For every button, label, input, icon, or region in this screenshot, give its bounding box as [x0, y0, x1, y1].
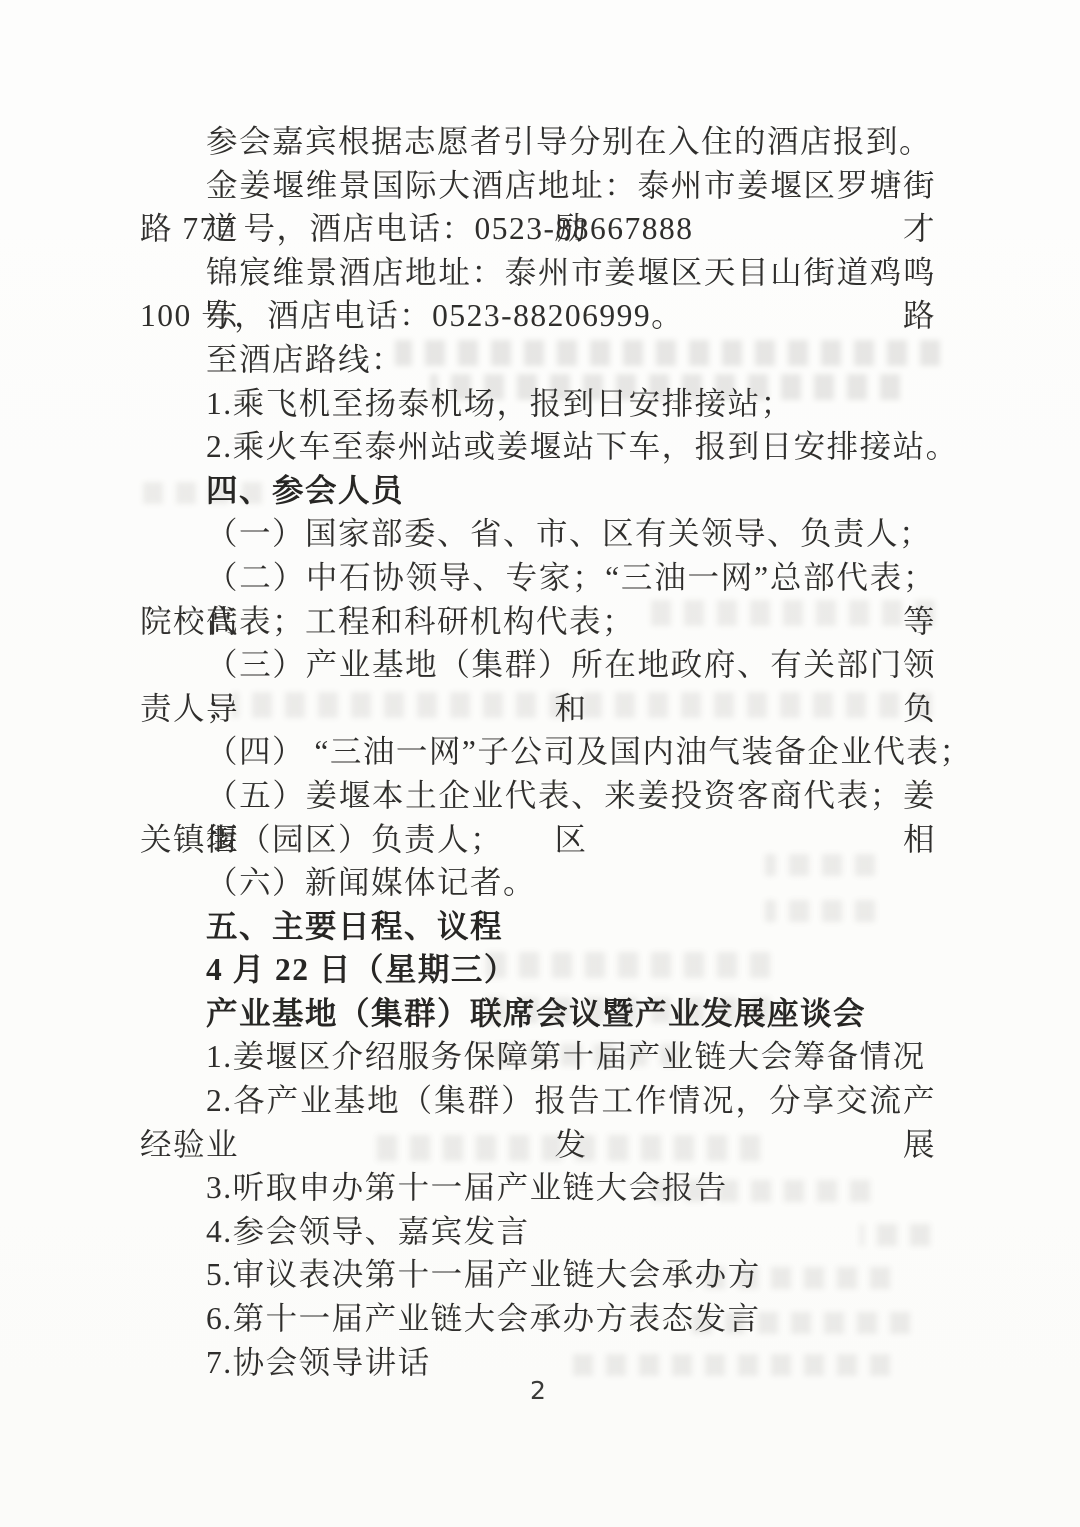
- page-number: 2: [140, 1376, 936, 1405]
- text-line: 五、主要日程、议程: [140, 905, 936, 949]
- text-line: 锦宸维景酒店地址：泰州市姜堰区天目山街道鸡鸣东路: [140, 251, 936, 295]
- text-line: 5.审议表决第十一届产业链大会承办方: [140, 1253, 936, 1297]
- text-line: 4 月 22 日（星期三）: [140, 948, 936, 992]
- text-line: （四） “三油一网”子公司及国内油气装备企业代表；: [140, 730, 936, 774]
- document-text: 参会嘉宾根据志愿者引导分别在入住的酒店报到。金姜堰维景国际大酒店地址：泰州市姜堰…: [140, 120, 936, 1384]
- text-line: 3.听取申办第十一届产业链大会报告: [140, 1166, 936, 1210]
- text-line: （三）产业基地（集群）所在地政府、有关部门领导和负: [140, 643, 936, 687]
- text-line: 2.各产业基地（集群）报告工作情况，分享交流产业发展: [140, 1079, 936, 1123]
- text-line: 至酒店路线：: [140, 338, 936, 382]
- text-line: （五）姜堰本土企业代表、来姜投资客商代表；姜堰区相: [140, 774, 936, 818]
- text-line: 四、参会人员: [140, 469, 936, 513]
- text-line: 4.参会领导、嘉宾发言: [140, 1210, 936, 1254]
- scanned-document-page: 参会嘉宾根据志愿者引导分别在入住的酒店报到。金姜堰维景国际大酒店地址：泰州市姜堰…: [0, 0, 1080, 1527]
- text-line: 参会嘉宾根据志愿者引导分别在入住的酒店报到。: [140, 120, 936, 164]
- text-line: 产业基地（集群）联席会议暨产业发展座谈会: [140, 992, 936, 1036]
- text-line: 2.乘火车至泰州站或姜堰站下车，报到日安排接站。: [140, 425, 936, 469]
- text-line: （一）国家部委、省、市、区有关领导、负责人；: [140, 512, 936, 556]
- text-line: （六）新闻媒体记者。: [140, 861, 936, 905]
- text-line: 1.乘飞机至扬泰机场，报到日安排接站；: [140, 382, 936, 426]
- text-line: 金姜堰维景国际大酒店地址：泰州市姜堰区罗塘街道励才: [140, 164, 936, 208]
- text-line: 1.姜堰区介绍服务保障第十届产业链大会筹备情况: [140, 1035, 936, 1079]
- text-line: 6.第十一届产业链大会承办方表态发言: [140, 1297, 936, 1341]
- text-line: （二）中石协领导、专家；“三油一网”总部代表；高等: [140, 556, 936, 600]
